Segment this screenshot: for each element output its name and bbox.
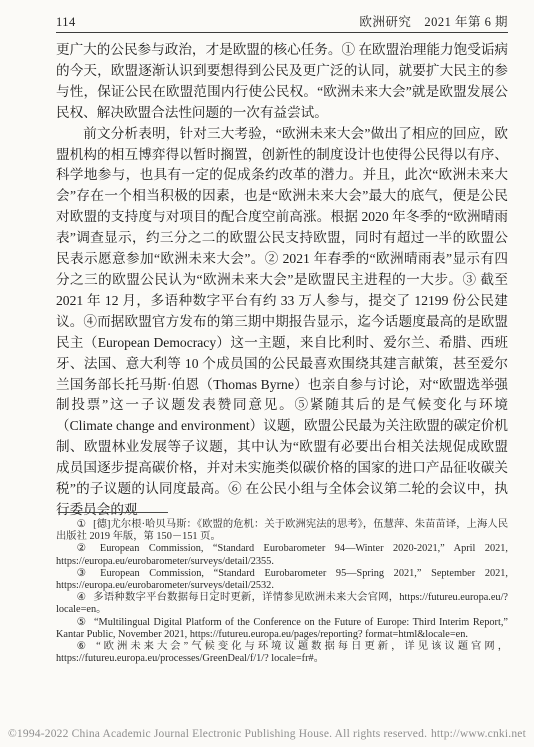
journal-page: 114 欧洲研究 2021 年第 6 期 更广大的公民参与政治，才是欧盟的核心任…: [0, 0, 534, 747]
footnote-separator-rule: [58, 512, 168, 513]
footnote-marker: ⑥: [77, 641, 89, 652]
body-paragraph-2: 前文分析表明，针对三大考验，“欧洲未来大会”做出了相应的回应，欧盟机构的相互博弈…: [56, 124, 508, 521]
footnote-marker: ⑤: [77, 617, 87, 628]
footnote-marker: ①: [77, 519, 86, 530]
cnki-watermark-footer: ©1994-2022 China Academic Journal Electr…: [8, 728, 526, 740]
body-paragraph-1: 更广大的公民参与政治，才是欧盟的核心任务。① 在欧盟治理能力饱受诟病的今天，欧盟…: [56, 40, 508, 124]
footnote-text: 多语种数字平台数据每日定时更新，详情参见欧洲未来大会官网，https://fut…: [56, 592, 508, 615]
copyright-text: ©1994-2022 China Academic Journal Electr…: [8, 728, 427, 740]
footnote-marker: ③: [77, 568, 93, 579]
footnote-text: [德]尤尔根·哈贝马斯：《欧盟的危机：关于欧洲宪法的思考》，伍慧萍、朱苗苗译，上…: [56, 519, 508, 542]
article-body: 更广大的公民参与政治，才是欧盟的核心任务。① 在欧盟治理能力饱受诟病的今天，欧盟…: [56, 40, 508, 521]
footnote-text: “Multilingual Digital Platform of the Co…: [56, 617, 508, 640]
cnki-url: http://www.cnki.net: [431, 728, 526, 740]
footnote-item: ⑥“欧洲未来大会”气候变化与环境议题数据每日更新，详见该议题官网，https:/…: [56, 641, 508, 665]
footnote-item: ③European Commission, “Standard Eurobaro…: [56, 568, 508, 592]
footnote-text: European Commission, “Standard Eurobarom…: [56, 543, 508, 566]
footnote-item: ⑤“Multilingual Digital Platform of the C…: [56, 617, 508, 641]
footnote-item: ②European Commission, “Standard Eurobaro…: [56, 543, 508, 567]
header-rule: [56, 32, 508, 33]
page-number: 114: [56, 15, 76, 30]
footnote-text: “欧洲未来大会”气候变化与环境议题数据每日更新，详见该议题官网，https://…: [56, 641, 508, 664]
footnote-item: ①[德]尤尔根·哈贝马斯：《欧盟的危机：关于欧洲宪法的思考》，伍慧萍、朱苗苗译，…: [56, 519, 508, 543]
footnotes-section: ①[德]尤尔根·哈贝马斯：《欧盟的危机：关于欧洲宪法的思考》，伍慧萍、朱苗苗译，…: [56, 519, 508, 665]
footnote-text: European Commission, “Standard Eurobarom…: [56, 568, 508, 591]
page-header: 114 欧洲研究 2021 年第 6 期: [56, 12, 508, 30]
footnote-marker: ④: [77, 592, 87, 603]
footnote-marker: ②: [77, 543, 93, 554]
footnote-item: ④多语种数字平台数据每日定时更新，详情参见欧洲未来大会官网，https://fu…: [56, 592, 508, 616]
journal-issue-info: 欧洲研究 2021 年第 6 期: [359, 12, 508, 30]
